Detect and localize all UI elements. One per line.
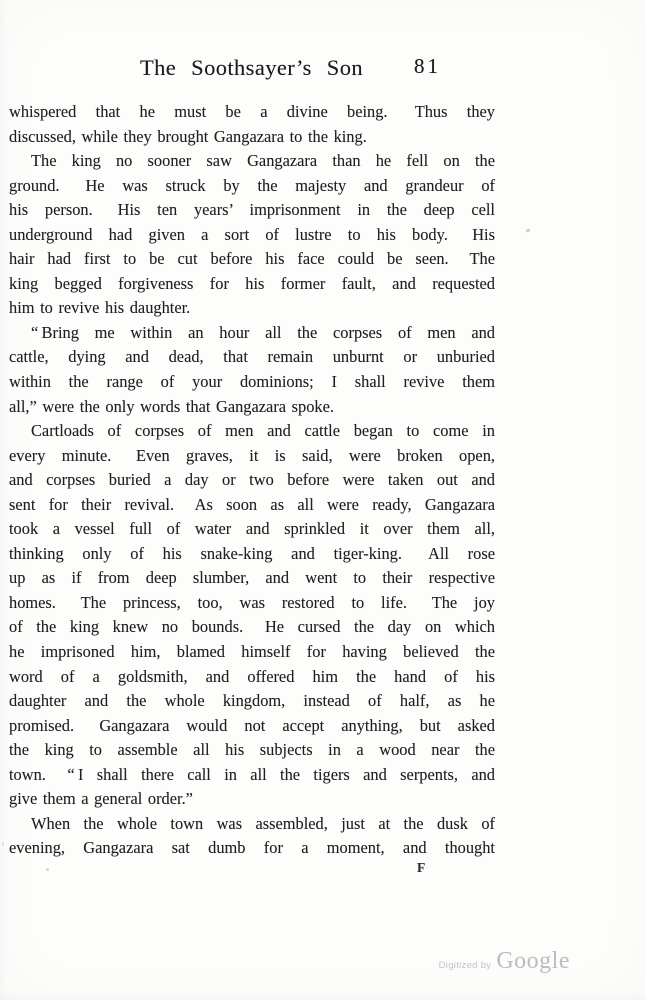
text-line: The king no sooner saw Gangazara than he… [9, 149, 495, 174]
text-line: evening, Gangazara sat dumb for a moment… [9, 836, 495, 861]
text-line: king begged forgiveness for his former f… [9, 272, 495, 297]
scan-speck [46, 868, 49, 871]
text-line: When the whole town was assembled, just … [9, 812, 495, 837]
running-head: The Soothsayer’s Son 81 [8, 53, 495, 87]
text-line: promised. Gangazara would not accept any… [9, 714, 495, 739]
page-number: 81 [414, 54, 441, 79]
text-line: discussed, while they brought Gangazara … [9, 125, 495, 150]
text-line: homes. The princess, too, was restored t… [9, 591, 495, 616]
text-line: took a vessel full of water and sprinkle… [9, 517, 495, 542]
watermark-google-logo: Google [496, 948, 570, 975]
text-line: give them a general order.” [9, 787, 495, 812]
text-line: “ Bring me within an hour all the corpse… [9, 321, 495, 346]
text-line: ground. He was struck by the majesty and… [9, 174, 495, 199]
text-line: word of a goldsmith, and offered him the… [9, 665, 495, 690]
scan-speck [2, 842, 4, 846]
text-line: underground had given a sort of lustre t… [9, 223, 495, 248]
text-line: him to revive his daughter. [9, 296, 495, 321]
text-line: Cartloads of corpses of men and cattle b… [9, 419, 495, 444]
book-page: The Soothsayer’s Son 81 whispered that h… [0, 0, 645, 1000]
text-line: within the range of your dominions; I sh… [9, 370, 495, 395]
signature-mark: F [417, 860, 425, 876]
text-line: town. “ I shall there call in all the ti… [9, 763, 495, 788]
text-line: cattle, dying and dead, that remain unbu… [9, 345, 495, 370]
text-line: and corpses buried a day or two before w… [9, 468, 495, 493]
text-line: thinking only of his snake-king and tige… [9, 542, 495, 567]
text-line: whispered that he must be a divine being… [9, 100, 495, 125]
scan-speck [526, 228, 531, 233]
text-line: all,” were the only words that Gangazara… [9, 395, 495, 420]
text-line: up as if from deep slumber, and went to … [9, 566, 495, 591]
watermark: Digitized by Google [430, 948, 570, 975]
body-text: whispered that he must be a divine being… [9, 100, 495, 861]
watermark-digitized-by-label: Digitized by [439, 960, 492, 971]
text-line: he imprisoned him, blamed himself for ha… [9, 640, 495, 665]
text-line: of the king knew no bounds. He cursed th… [9, 615, 495, 640]
text-line: sent for their revival. As soon as all w… [9, 493, 495, 518]
text-line: every minute. Even graves, it is said, w… [9, 444, 495, 469]
text-line: daughter and the whole kingdom, instead … [9, 689, 495, 714]
text-line: hair had first to be cut before his face… [9, 247, 495, 272]
text-line: his person. His ten years’ imprisonment … [9, 198, 495, 223]
text-line: the king to assemble all his subjects in… [9, 738, 495, 763]
